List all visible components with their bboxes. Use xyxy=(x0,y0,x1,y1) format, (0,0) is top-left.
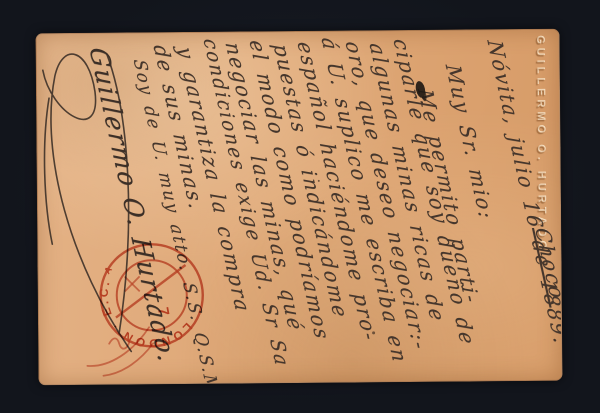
ink-speck xyxy=(318,180,320,182)
handwriting-line: Nóvita, julio 16 de 1889. xyxy=(482,40,562,345)
photo-background: GUILLERMO O. HURTADO Chocó.Nóvita, julio… xyxy=(0,0,600,413)
postcard: GUILLERMO O. HURTADO Chocó.Nóvita, julio… xyxy=(35,29,562,386)
ink-speck xyxy=(227,103,229,105)
ink-speck xyxy=(372,331,375,334)
handwriting-lines: Chocó.Nóvita, julio 16 de 1889.Muy Sr. m… xyxy=(560,30,562,382)
postmark-partial-second-strike xyxy=(57,301,178,385)
postmark-index-letter: A xyxy=(102,264,114,275)
